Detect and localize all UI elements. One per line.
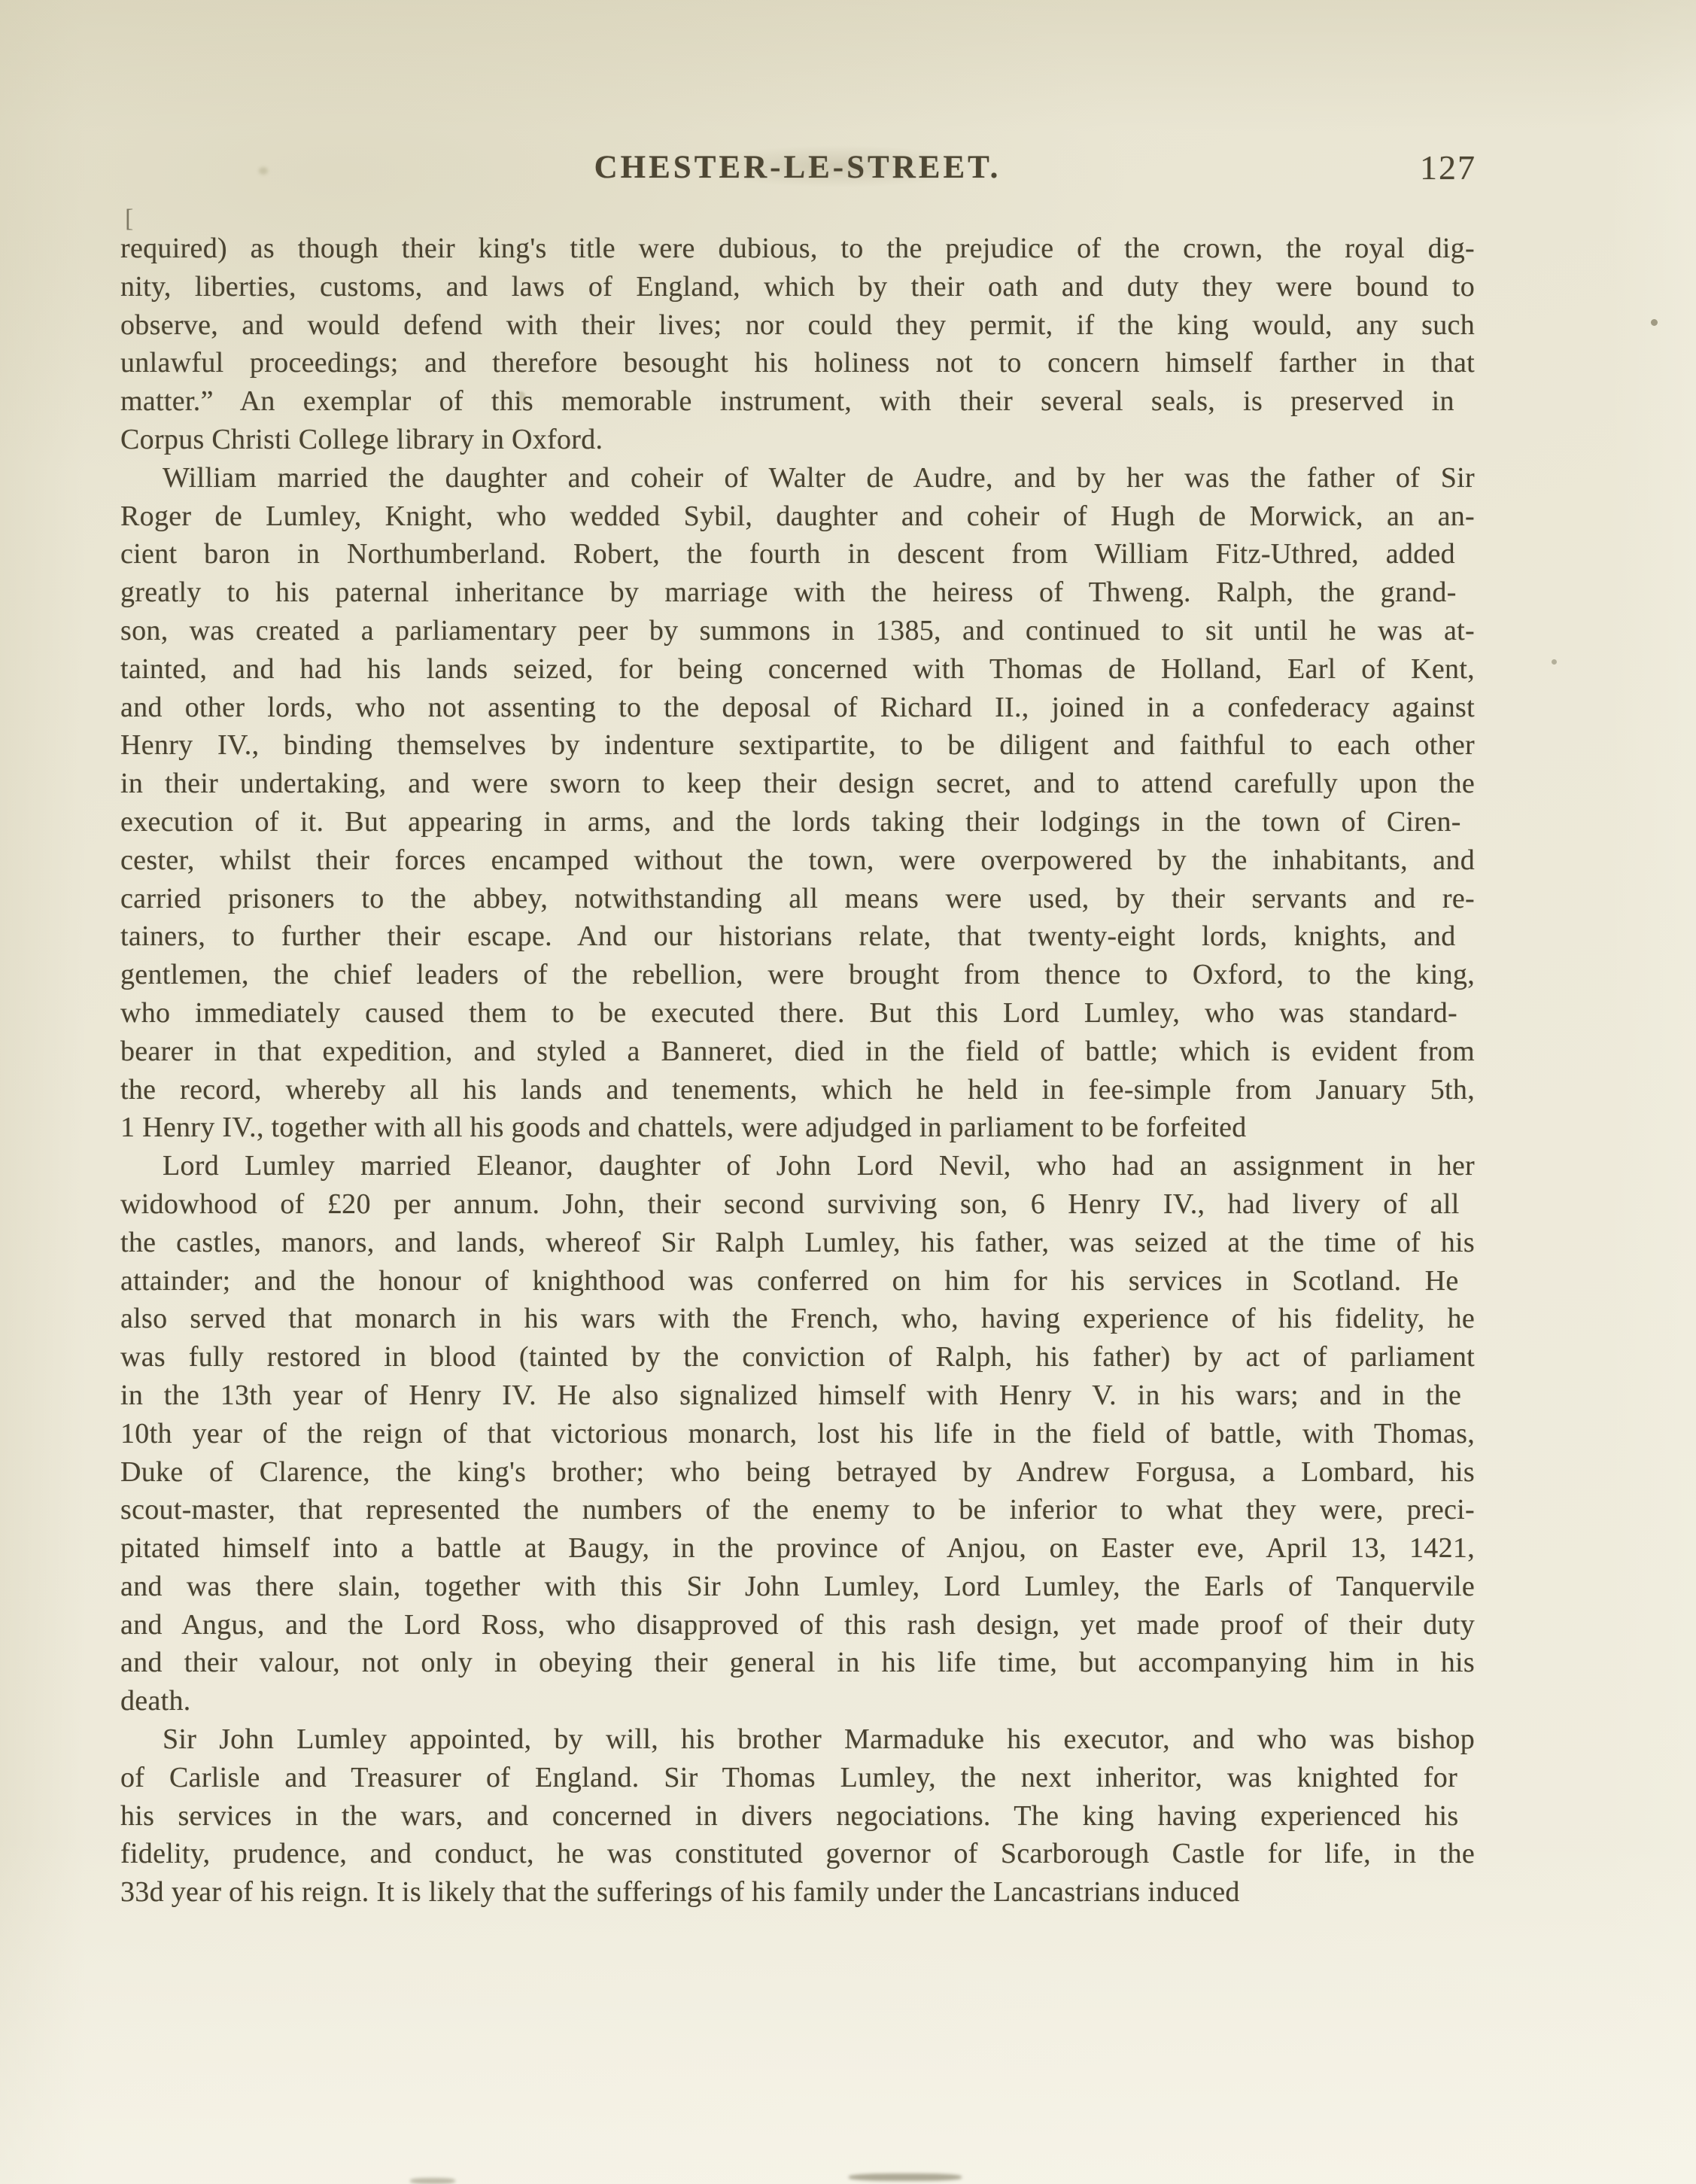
- page-number: 127: [1420, 148, 1476, 187]
- text-line: tainted, and had his lands seized, for b…: [120, 650, 1475, 689]
- text-line: Roger de Lumley, Knight, who wedded Sybi…: [120, 497, 1475, 536]
- text-line: son, was created a parliamentary peer by…: [120, 612, 1475, 650]
- text-line: observe, and would defend with their liv…: [120, 306, 1475, 345]
- running-title: CHESTER-LE-STREET.: [120, 149, 1475, 186]
- text-line: unlawful proceedings; and therefore beso…: [120, 344, 1475, 382]
- text-line: required) as though their king's title w…: [120, 230, 1475, 268]
- text-line: the castles, manors, and lands, whereof …: [120, 1224, 1475, 1262]
- text-line: attainder; and the honour of knighthood …: [120, 1262, 1475, 1300]
- book-page: CHESTER-LE-STREET. 127 [ required) as th…: [0, 0, 1696, 2184]
- text-line: nity, liberties, customs, and laws of En…: [120, 268, 1475, 306]
- text-line: the record, whereby all his lands and te…: [120, 1071, 1475, 1109]
- paper-speck: [410, 2178, 455, 2184]
- text-line: Henry IV., binding themselves by indentu…: [120, 726, 1475, 765]
- text-line: execution of it. But appearing in arms, …: [120, 803, 1475, 841]
- text-line: carried prisoners to the abbey, notwiths…: [120, 880, 1475, 918]
- text-line: pitated himself into a battle at Baugy, …: [120, 1529, 1475, 1568]
- text-line: widowhood of £20 per annum. John, their …: [120, 1185, 1475, 1224]
- text-line: Sir John Lumley appointed, by will, his …: [120, 1720, 1475, 1759]
- text-line: in their undertaking, and were sworn to …: [120, 765, 1475, 803]
- paper-speck: [849, 2173, 962, 2181]
- text-line: and their valour, not only in obeying th…: [120, 1644, 1475, 1682]
- text-line: death.: [120, 1682, 1475, 1720]
- text-line: was fully restored in blood (tainted by …: [120, 1338, 1475, 1376]
- body-text: required) as though their king's title w…: [120, 230, 1475, 1912]
- text-line: also served that monarch in his wars wit…: [120, 1300, 1475, 1338]
- text-line: Duke of Clarence, the king's brother; wh…: [120, 1453, 1475, 1492]
- text-line: of Carlisle and Treasurer of England. Si…: [120, 1759, 1475, 1797]
- text-line: cient baron in Northumberland. Robert, t…: [120, 535, 1475, 573]
- text-line: Corpus Christi College library in Oxford…: [120, 421, 1475, 459]
- text-line: and other lords, who not assenting to th…: [120, 689, 1475, 727]
- text-line: William married the daughter and coheir …: [120, 459, 1475, 497]
- text-line: 10th year of the reign of that victoriou…: [120, 1415, 1475, 1453]
- text-line: Lord Lumley married Eleanor, daughter of…: [120, 1147, 1475, 1185]
- text-line: scout-master, that represented the numbe…: [120, 1491, 1475, 1529]
- text-line: 1 Henry IV., together with all his goods…: [120, 1109, 1475, 1147]
- text-line: tainers, to further their escape. And ou…: [120, 917, 1475, 956]
- text-line: greatly to his paternal inheritance by m…: [120, 573, 1475, 612]
- text-line: who immediately caused them to be execut…: [120, 994, 1475, 1033]
- text-line: fidelity, prudence, and conduct, he was …: [120, 1835, 1475, 1873]
- text-line: and Angus, and the Lord Ross, who disapp…: [120, 1606, 1475, 1644]
- text-line: matter.” An exemplar of this memorable i…: [120, 382, 1475, 421]
- paper-speck: [1552, 659, 1557, 665]
- text-line: his services in the wars, and concerned …: [120, 1797, 1475, 1836]
- text-line: bearer in that expedition, and styled a …: [120, 1033, 1475, 1071]
- paper-speck: [1651, 319, 1658, 326]
- text-line: in the 13th year of Henry IV. He also si…: [120, 1376, 1475, 1415]
- text-line: and was there slain, together with this …: [120, 1568, 1475, 1606]
- text-line: cester, whilst their forces encamped wit…: [120, 841, 1475, 880]
- text-line: gentlemen, the chief leaders of the rebe…: [120, 956, 1475, 994]
- text-line: 33d year of his reign. It is likely that…: [120, 1873, 1475, 1912]
